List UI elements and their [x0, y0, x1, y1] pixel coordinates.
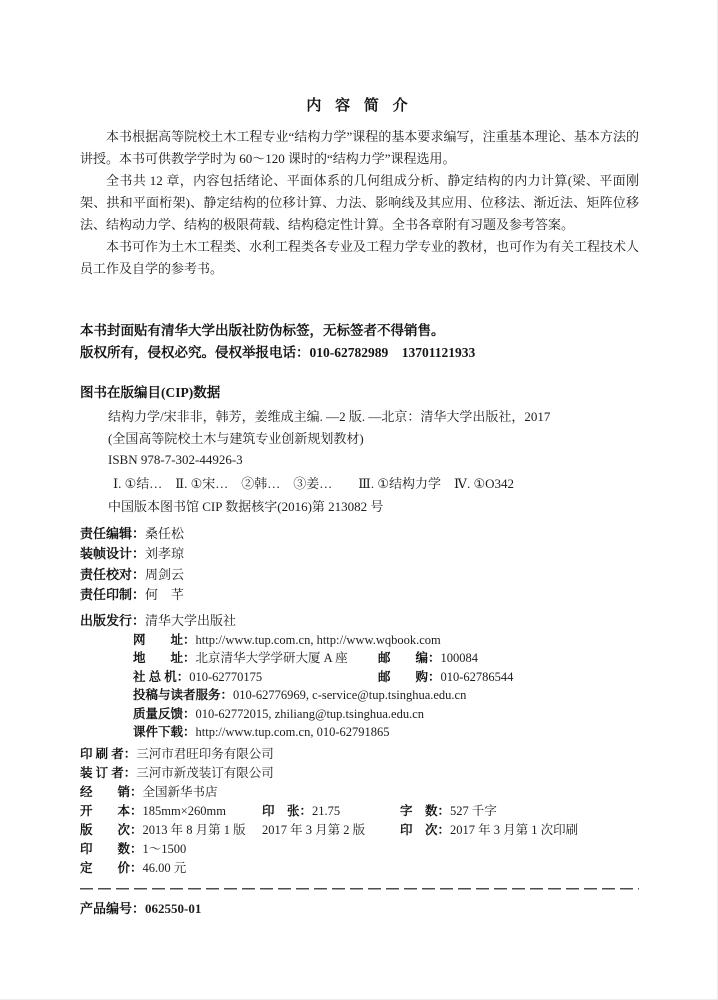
anti-piracy-notice: 本书封面贴有清华大学出版社防伪标签，无标签者不得销售。 版权所有，侵权必究。侵权…	[80, 320, 639, 364]
summary-paragraph-1: 本书根据高等院校土木工程专业“结构力学”课程的基本要求编写，注重基本理论、基本方…	[80, 126, 639, 170]
format-label: 开 本：	[80, 804, 143, 818]
price-row: 定 价：46.00 元	[80, 859, 639, 878]
postcode-cell: 邮 编：100084	[378, 649, 639, 668]
wordcount-label: 字 数：	[400, 804, 450, 818]
staff-row-proofreader: 责任校对：周剑云	[80, 565, 639, 586]
postcode-value: 100084	[441, 651, 479, 665]
print-supervisor-name: 何 芊	[145, 587, 184, 602]
dashed-divider	[80, 888, 639, 890]
price-value: 46.00 元	[143, 861, 187, 875]
quality-feedback-label: 质量反馈：	[133, 707, 196, 721]
format-sheets-wordcount-row: 开 本：185mm×260mm 印 张：21.75 字 数：527 千字	[80, 802, 639, 821]
format-cell: 开 本：185mm×260mm	[80, 802, 262, 821]
courseware-row: 课件下载：http://www.tup.com.cn, 010-62791865	[133, 723, 639, 742]
product-number-line: 产品编号：062550-01	[80, 899, 639, 918]
reader-service-label: 投稿与读者服务：	[133, 688, 233, 702]
binder-label: 装 订 者：	[80, 766, 136, 780]
proofreader-name: 周剑云	[145, 567, 184, 582]
binder-row: 装 订 者：三河市新茂装订有限公司	[80, 764, 639, 783]
book-copyright-page: 内 容 简 介 本书根据高等院校土木工程专业“结构力学”课程的基本要求编写，注重…	[0, 0, 718, 1000]
quality-feedback-row: 质量反馈：010-62772015, zhiliang@tup.tsinghua…	[133, 705, 639, 724]
mailorder-label: 邮 购：	[378, 670, 441, 684]
editor-label: 责任编辑：	[80, 526, 145, 541]
mailorder-value: 010-62786544	[441, 670, 514, 684]
sheets-value: 21.75	[312, 804, 340, 818]
postcode-label: 邮 编：	[378, 651, 441, 665]
switchboard-mailorder-row: 社 总 机：010-62770175 邮 购：010-62786544	[133, 668, 639, 687]
printrun-label: 印 数：	[80, 842, 143, 856]
publisher-label: 出版发行：	[80, 613, 145, 628]
courseware-value: http://www.tup.com.cn, 010-62791865	[196, 725, 390, 739]
designer-label: 装帧设计：	[80, 546, 145, 561]
mailorder-cell: 邮 购：010-62786544	[378, 668, 639, 687]
switchboard-label: 社 总 机：	[133, 670, 189, 684]
summary-paragraph-2: 全书共 12 章，内容包括绪论、平面体系的几何组成分析、静定结构的内力计算(梁、…	[80, 170, 639, 236]
format-value: 185mm×260mm	[143, 804, 226, 818]
publisher-row: 出版发行：清华大学出版社	[80, 611, 639, 631]
distributor-row: 经 销：全国新华书店	[80, 783, 639, 802]
courseware-label: 课件下载：	[133, 725, 196, 739]
printer-row: 印 刷 者：三河市君旺印务有限公司	[80, 745, 639, 764]
production-block: 印 刷 者：三河市君旺印务有限公司 装 订 者：三河市新茂装订有限公司 经 销：…	[80, 745, 639, 878]
content-summary-section: 本书根据高等院校土木工程专业“结构力学”课程的基本要求编写，注重基本理论、基本方…	[80, 126, 639, 280]
sheets-cell: 印 张：21.75	[262, 802, 400, 821]
cip-description: 结构力学/宋非非，韩芳，姜维成主编. —2 版. —北京：清华大学出版社，201…	[108, 406, 639, 428]
cip-isbn: ISBN 978-7-302-44926-3	[108, 449, 639, 471]
website-value: http://www.tup.com.cn, http://www.wqbook…	[196, 633, 441, 647]
address-postcode-row: 地 址：北京清华大学学研大厦 A 座 邮 编：100084	[133, 649, 639, 668]
designer-name: 刘孝琼	[145, 546, 184, 561]
edition-impression-row: 版 次：2013 年 8 月第 1 版 2017 年 3 月第 2 版 印 次：…	[80, 821, 639, 840]
edition-label: 版 次：	[80, 823, 143, 837]
edition-first-value: 2013 年 8 月第 1 版	[143, 823, 246, 837]
price-label: 定 价：	[80, 861, 143, 875]
cip-data-block: 结构力学/宋非非，韩芳，姜维成主编. —2 版. —北京：清华大学出版社，201…	[108, 406, 639, 518]
website-row: 网 址：http://www.tup.com.cn, http://www.wq…	[133, 631, 639, 650]
distributor-label: 经 销：	[80, 785, 143, 799]
staff-row-designer: 装帧设计：刘孝琼	[80, 544, 639, 565]
impression-cell: 印 次：2017 年 3 月第 1 次印刷	[400, 821, 639, 840]
product-number-value: 062550-01	[145, 901, 201, 916]
switchboard-value: 010-62770175	[189, 670, 262, 684]
cip-series: (全国高等院校土木与建筑专业创新规划教材)	[108, 428, 639, 450]
address-cell: 地 址：北京清华大学学研大厦 A 座	[133, 649, 378, 668]
print-supervisor-label: 责任印制：	[80, 587, 145, 602]
summary-paragraph-3: 本书可作为土木工程类、水利工程类各专业及工程力学专业的教材，也可作为有关工程技术…	[80, 236, 639, 280]
anti-counterfeit-line: 本书封面贴有清华大学出版社防伪标签，无标签者不得销售。	[80, 320, 639, 342]
proofreader-label: 责任校对：	[80, 567, 145, 582]
reader-service-value: 010-62776969, c-service@tup.tsinghua.edu…	[233, 688, 466, 702]
publisher-block: 出版发行：清华大学出版社 网 址：http://www.tup.com.cn, …	[80, 611, 639, 742]
binder-value: 三河市新茂装订有限公司	[136, 766, 274, 780]
publisher-name: 清华大学出版社	[145, 613, 236, 628]
cip-record-number: 中国版本图书馆 CIP 数据核字(2016)第 213082 号	[108, 496, 639, 518]
cip-classification: Ⅰ. ①结… Ⅱ. ①宋… ②韩… ③姜… Ⅲ. ①结构力学 Ⅳ. ①O342	[113, 473, 639, 495]
edition-first-cell: 版 次：2013 年 8 月第 1 版	[80, 821, 262, 840]
sheets-label: 印 张：	[262, 804, 312, 818]
address-value: 北京清华大学学研大厦 A 座	[196, 651, 348, 665]
publisher-contacts: 网 址：http://www.tup.com.cn, http://www.wq…	[133, 631, 639, 742]
content-summary-title: 内 容 简 介	[80, 96, 639, 116]
switchboard-cell: 社 总 机：010-62770175	[133, 668, 378, 687]
printrun-row: 印 数：1～1500	[80, 840, 639, 859]
edition-second-value: 2017 年 3 月第 2 版	[262, 823, 365, 837]
reader-service-row: 投稿与读者服务：010-62776969, c-service@tup.tsin…	[133, 686, 639, 705]
edition-second-cell: 2017 年 3 月第 2 版	[262, 821, 400, 840]
website-label: 网 址：	[133, 633, 196, 647]
product-number-label: 产品编号：	[80, 901, 145, 916]
staff-row-print-supervisor: 责任印制：何 芊	[80, 585, 639, 606]
copyright-warning-line: 版权所有，侵权必究。侵权举报电话：010-62782989 1370112193…	[80, 342, 639, 364]
printrun-value: 1～1500	[143, 842, 187, 856]
wordcount-cell: 字 数：527 千字	[400, 802, 639, 821]
impression-value: 2017 年 3 月第 1 次印刷	[450, 823, 578, 837]
wordcount-value: 527 千字	[450, 804, 497, 818]
editor-name: 桑任松	[145, 526, 184, 541]
printer-value: 三河市君旺印务有限公司	[136, 747, 274, 761]
staff-credits: 责任编辑：桑任松 装帧设计：刘孝琼 责任校对：周剑云 责任印制：何 芊	[80, 524, 639, 606]
staff-row-editor: 责任编辑：桑任松	[80, 524, 639, 545]
quality-feedback-value: 010-62772015, zhiliang@tup.tsinghua.edu.…	[196, 707, 425, 721]
address-label: 地 址：	[133, 651, 196, 665]
printer-label: 印 刷 者：	[80, 747, 136, 761]
impression-label: 印 次：	[400, 823, 450, 837]
distributor-value: 全国新华书店	[143, 785, 218, 799]
cip-header: 图书在版编目(CIP)数据	[80, 382, 639, 403]
